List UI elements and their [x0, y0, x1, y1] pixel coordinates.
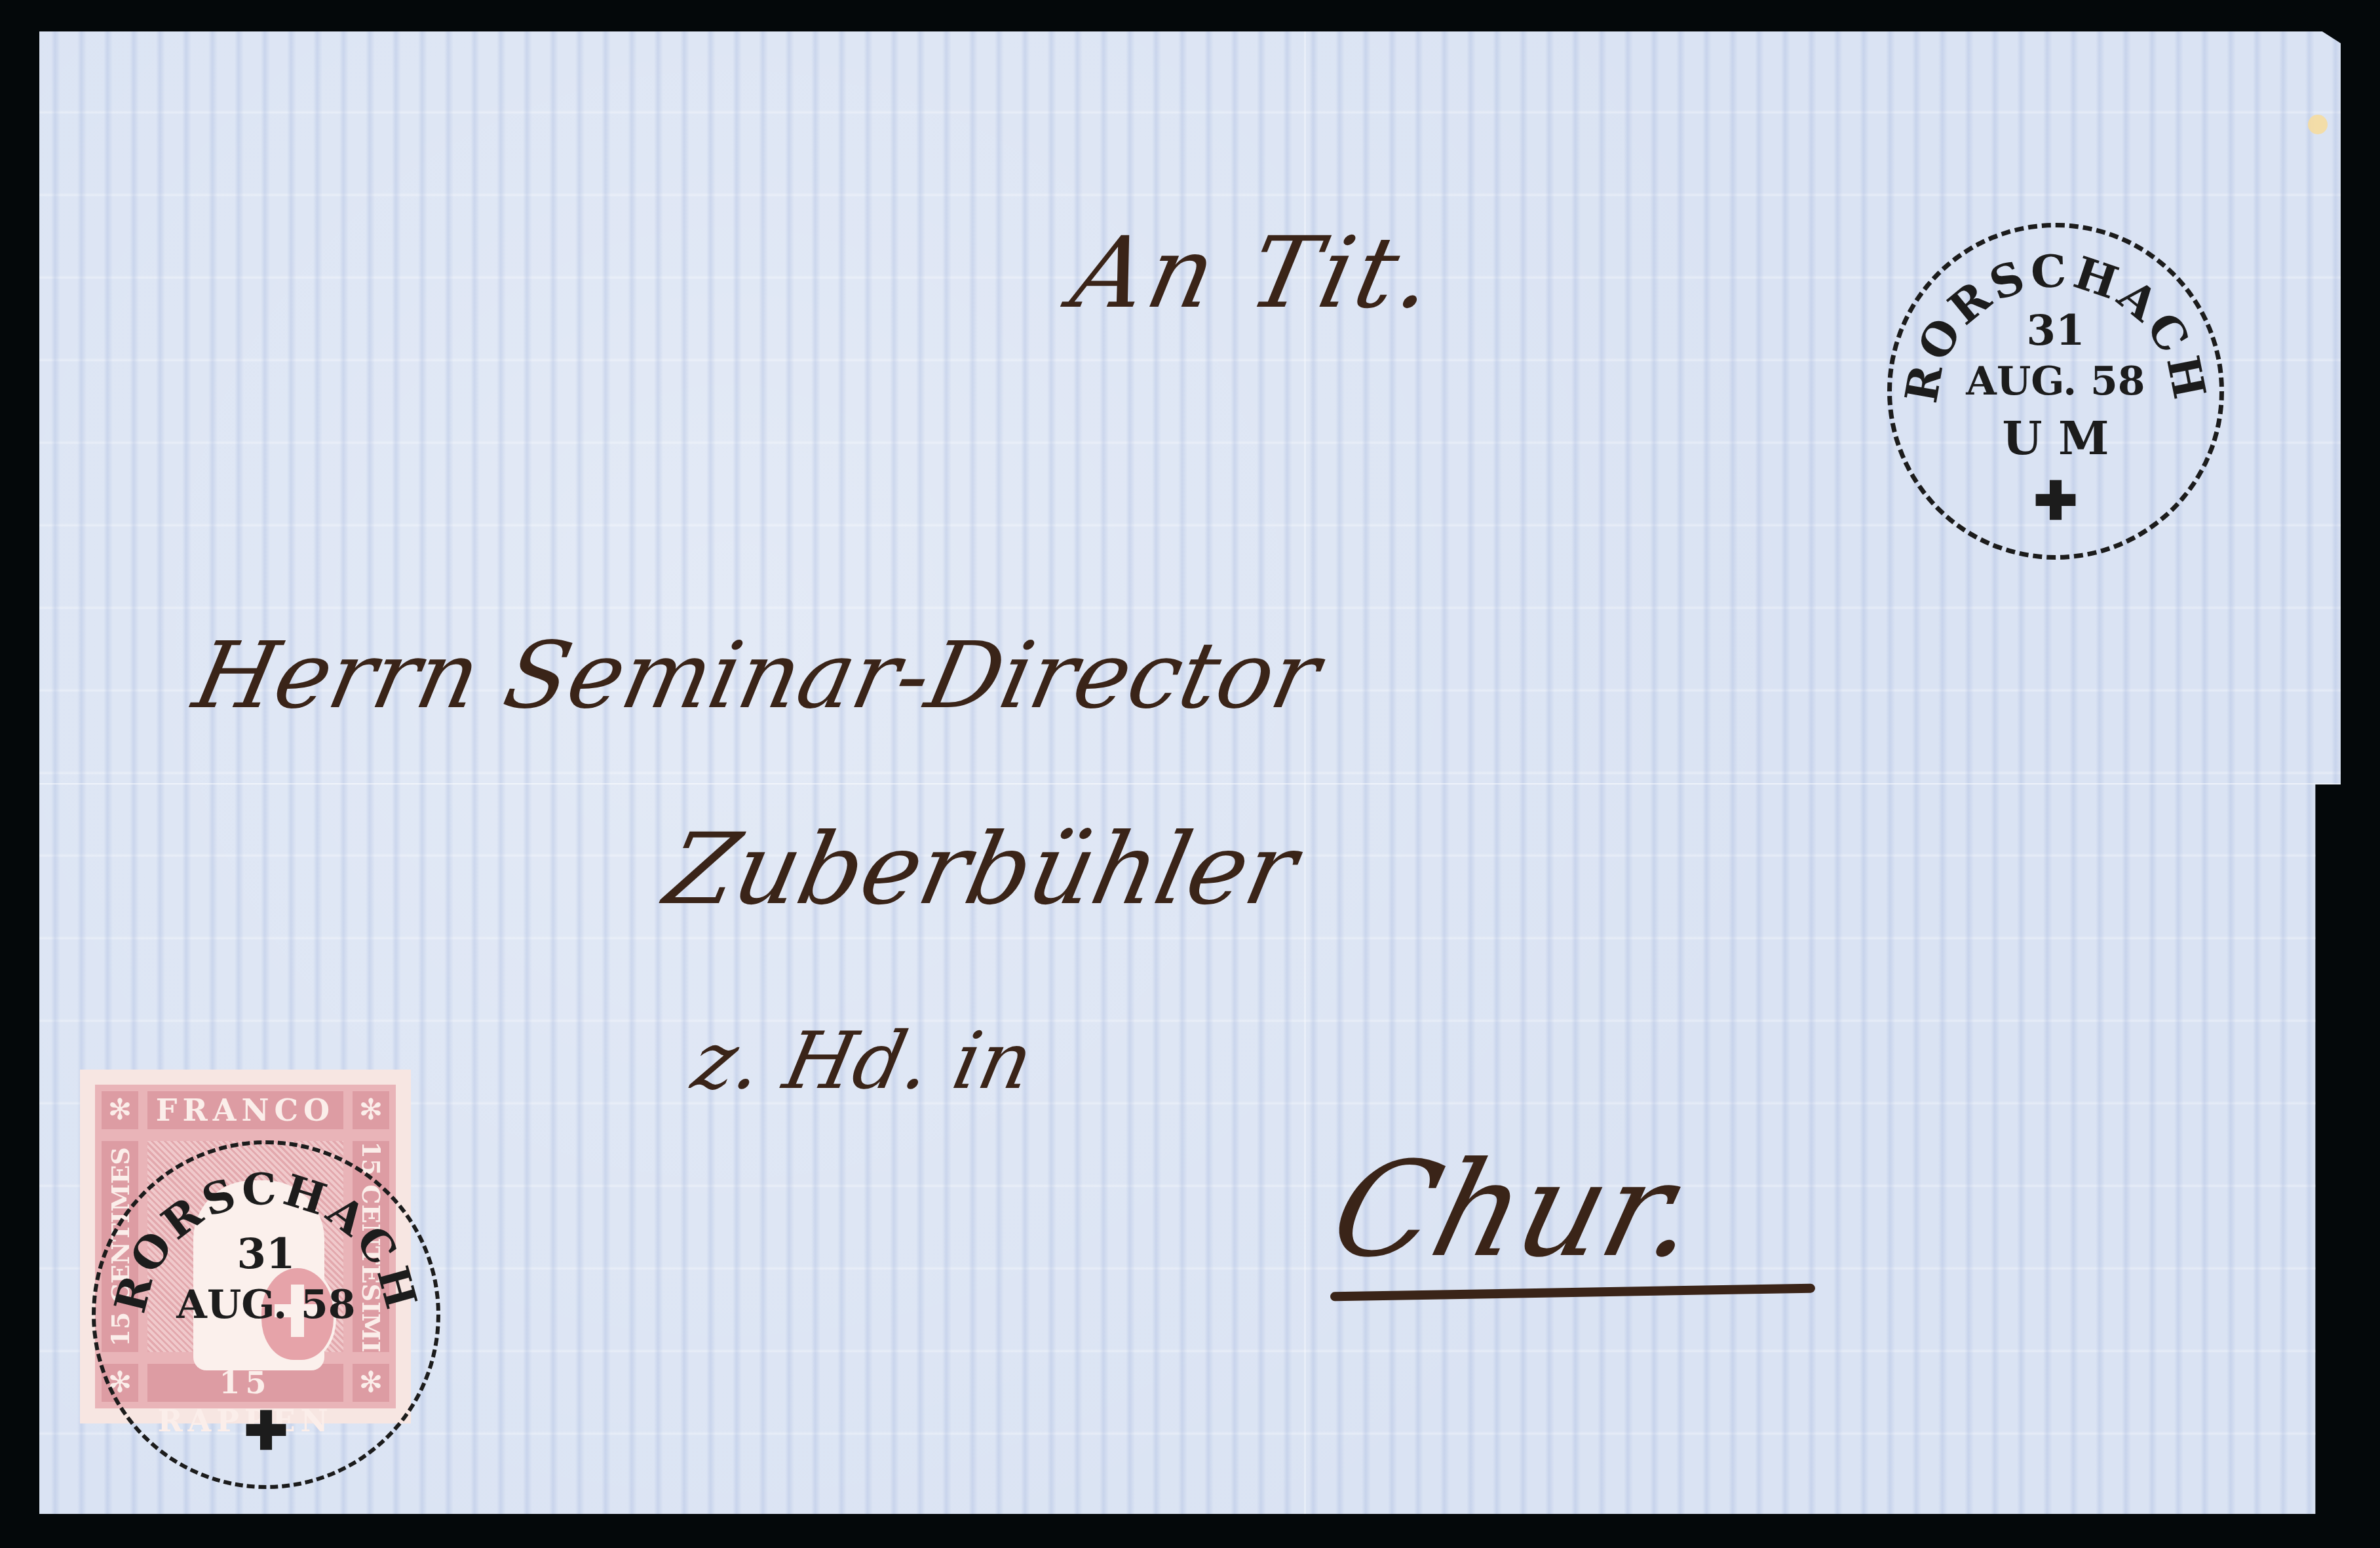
postmark-stamp-month: AUG. 58	[96, 1282, 436, 1328]
swiss-cross-icon: ✚	[1892, 470, 2219, 532]
postmark-month: AUG. 58	[1892, 358, 2219, 404]
address-city: Chur.	[1318, 1134, 1715, 1287]
postmark-stamp-day: 31	[96, 1229, 436, 1279]
star-ornament-icon: ✻	[102, 1091, 138, 1129]
stamp-top-label: FRANCO	[147, 1091, 343, 1129]
star-ornament-icon: ✻	[353, 1091, 389, 1129]
address-line-4-prefix: z. Hd. in	[685, 1016, 1040, 1107]
swiss-cross-icon: ✚	[96, 1400, 436, 1461]
postmark-on-stamp: RORSCHACH 31 AUG. 58 ✚	[92, 1140, 440, 1489]
address-line-3: Zuberbühler	[657, 813, 1307, 927]
fold-line	[39, 783, 2341, 784]
postmark-time: U M	[1892, 411, 2219, 465]
postmark-day: 31	[1892, 306, 2219, 355]
address-line-2: Herrn Seminar-Director	[185, 623, 1329, 729]
address-line-1: An Tit.	[1063, 216, 1448, 330]
paper-stain	[2308, 115, 2328, 134]
postmark-rorschach: RORSCHACH 31 AUG. 58 U M ✚	[1887, 223, 2224, 560]
